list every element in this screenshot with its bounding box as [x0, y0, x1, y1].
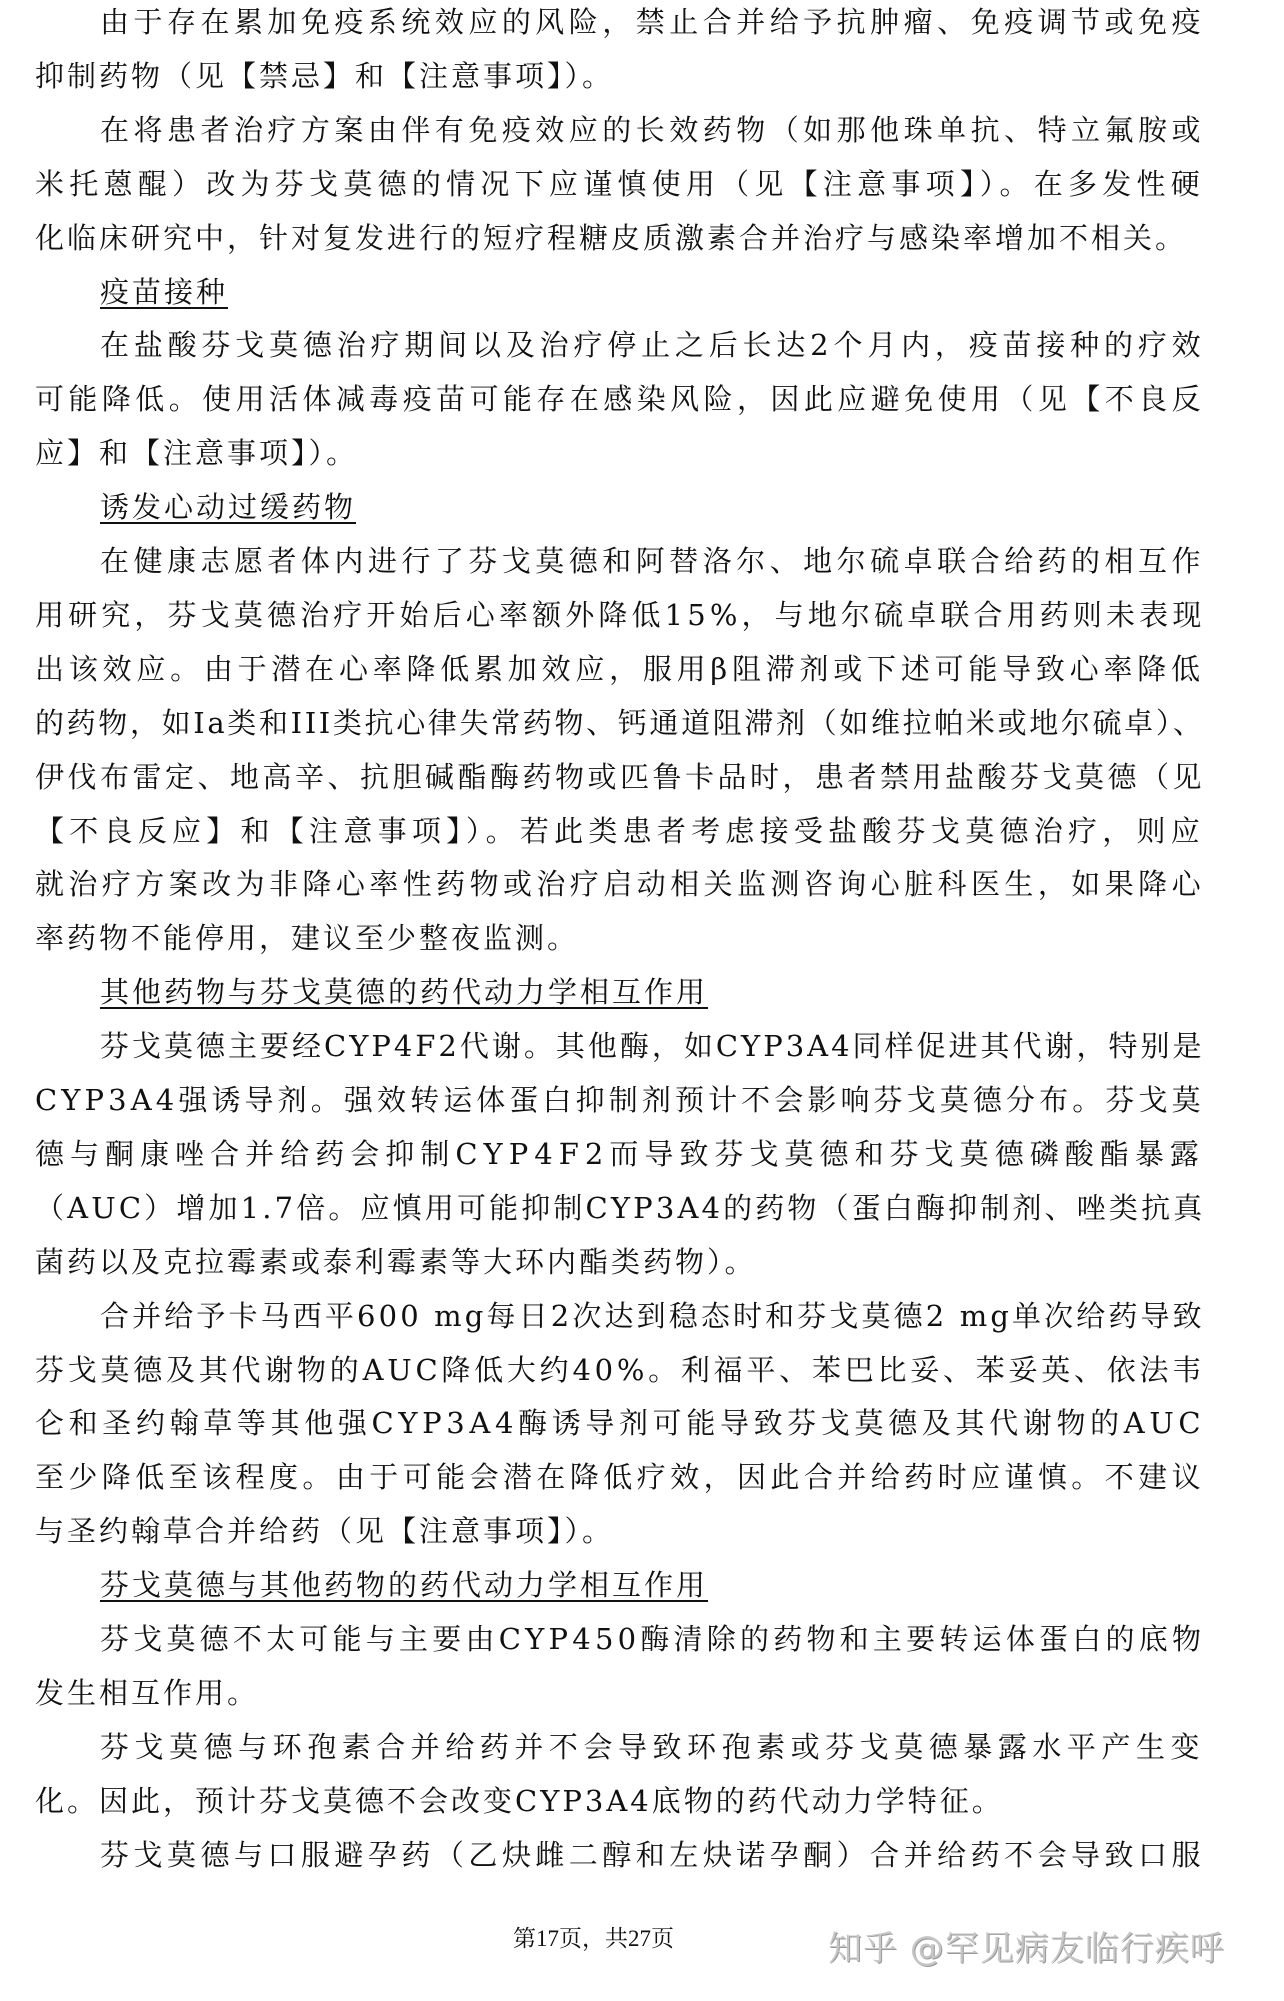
text-line: 芬戈莫德与口服避孕药（乙炔雌二醇和左炔诺孕酮）合并给药不会导致口服	[100, 1835, 1205, 1875]
text-line: 就治疗方案改为非降心率性药物或治疗启动相关监测咨询心脏科医生，如果降心	[35, 864, 1205, 904]
text-line: 【不良反应】和【注意事项】）。若此类患者考虑接受盐酸芬戈莫德治疗，则应	[35, 811, 1205, 851]
text-line: 在盐酸芬戈莫德治疗期间以及治疗停止之后长达2个月内，疫苗接种的疗效	[100, 325, 1205, 365]
text-line: 可能降低。使用活体减毒疫苗可能存在感染风险，因此应避免使用（见【不良反	[35, 379, 1205, 419]
section-heading: 其他药物与芬戈莫德的药代动力学相互作用	[100, 972, 708, 1012]
text-line: 芬戈莫德与环孢素合并给药并不会导致环孢素或芬戈莫德暴露水平产生变	[100, 1727, 1205, 1767]
text-line: 至少降低至该程度。由于可能会潜在降低疗效，因此合并给药时应谨慎。不建议	[35, 1457, 1205, 1497]
page-number: 第17页，共27页	[513, 1924, 674, 1954]
text-line: 应】和【注意事项】）。	[35, 433, 1205, 473]
text-line: 的药物，如Ia类和III类抗心律失常药物、钙通道阻滞剂（如维拉帕米或地尔硫卓）、	[35, 703, 1205, 743]
section-heading: 疫苗接种	[100, 272, 228, 312]
text-line: 发生相互作用。	[35, 1673, 1205, 1713]
text-line: 芬戈莫德及其代谢物的AUC降低大约40%。利福平、苯巴比妥、苯妥英、依法韦	[35, 1350, 1205, 1390]
text-line: 率药物不能停用，建议至少整夜监测。	[35, 918, 1205, 958]
section-heading: 芬戈莫德与其他药物的药代动力学相互作用	[100, 1565, 708, 1605]
text-line: 仑和圣约翰草等其他强CYP3A4酶诱导剂可能导致芬戈莫德及其代谢物的AUC	[35, 1403, 1205, 1443]
text-line: 芬戈莫德主要经CYP4F2代谢。其他酶，如CYP3A4同样促进其代谢，特别是	[100, 1026, 1205, 1066]
text-line: 化临床研究中，针对复发进行的短疗程糖皮质激素合并治疗与感染率增加不相关。	[35, 218, 1205, 258]
text-line: 抑制药物（见【禁忌】和【注意事项】）。	[35, 56, 1205, 96]
text-line: 德与酮康唑合并给药会抑制CYP4F2而导致芬戈莫德和芬戈莫德磷酸酯暴露	[35, 1134, 1205, 1174]
text-line: 合并给予卡马西平600 mg每日2次达到稳态时和芬戈莫德2 mg单次给药导致	[100, 1296, 1205, 1336]
text-line: （AUC）增加1.7倍。应慎用可能抑制CYP3A4的药物（蛋白酶抑制剂、唑类抗真	[35, 1188, 1205, 1228]
text-line: 米托蒽醌）改为芬戈莫德的情况下应谨慎使用（见【注意事项】）。在多发性硬	[35, 164, 1205, 204]
section-heading: 诱发心动过缓药物	[100, 487, 356, 527]
text-line: 伊伐布雷定、地高辛、抗胆碱酯酶药物或匹鲁卡品时，患者禁用盐酸芬戈莫德（见	[35, 757, 1205, 797]
text-line: 化。因此，预计芬戈莫德不会改变CYP3A4底物的药代动力学特征。	[35, 1781, 1205, 1821]
text-line: 菌药以及克拉霉素或泰利霉素等大环内酯类药物）。	[35, 1242, 1205, 1282]
text-line: 出该效应。由于潜在心率降低累加效应，服用β阻滞剂或下述可能导致心率降低	[35, 649, 1205, 689]
text-line: 与圣约翰草合并给药（见【注意事项】）。	[35, 1511, 1205, 1551]
text-line: 芬戈莫德不太可能与主要由CYP450酶清除的药物和主要转运体蛋白的底物	[100, 1619, 1205, 1659]
text-line: 在将患者治疗方案由伴有免疫效应的长效药物（如那他珠单抗、特立氟胺或	[100, 110, 1205, 150]
document-page: 由于存在累加免疫系统效应的风险，禁止合并给予抗肿瘤、免疫调节或免疫抑制药物（见【…	[0, 0, 1284, 2001]
watermark: 知乎 @罕见病友临行疾呼	[828, 1929, 1225, 1969]
text-line: 在健康志愿者体内进行了芬戈莫德和阿替洛尔、地尔硫卓联合给药的相互作	[100, 541, 1205, 581]
text-line: 由于存在累加免疫系统效应的风险，禁止合并给予抗肿瘤、免疫调节或免疫	[100, 2, 1205, 42]
text-line: 用研究，芬戈莫德治疗开始后心率额外降低15%，与地尔硫卓联合用药则未表现	[35, 595, 1205, 635]
text-line: CYP3A4强诱导剂。强效转运体蛋白抑制剂预计不会影响芬戈莫德分布。芬戈莫	[35, 1080, 1205, 1120]
